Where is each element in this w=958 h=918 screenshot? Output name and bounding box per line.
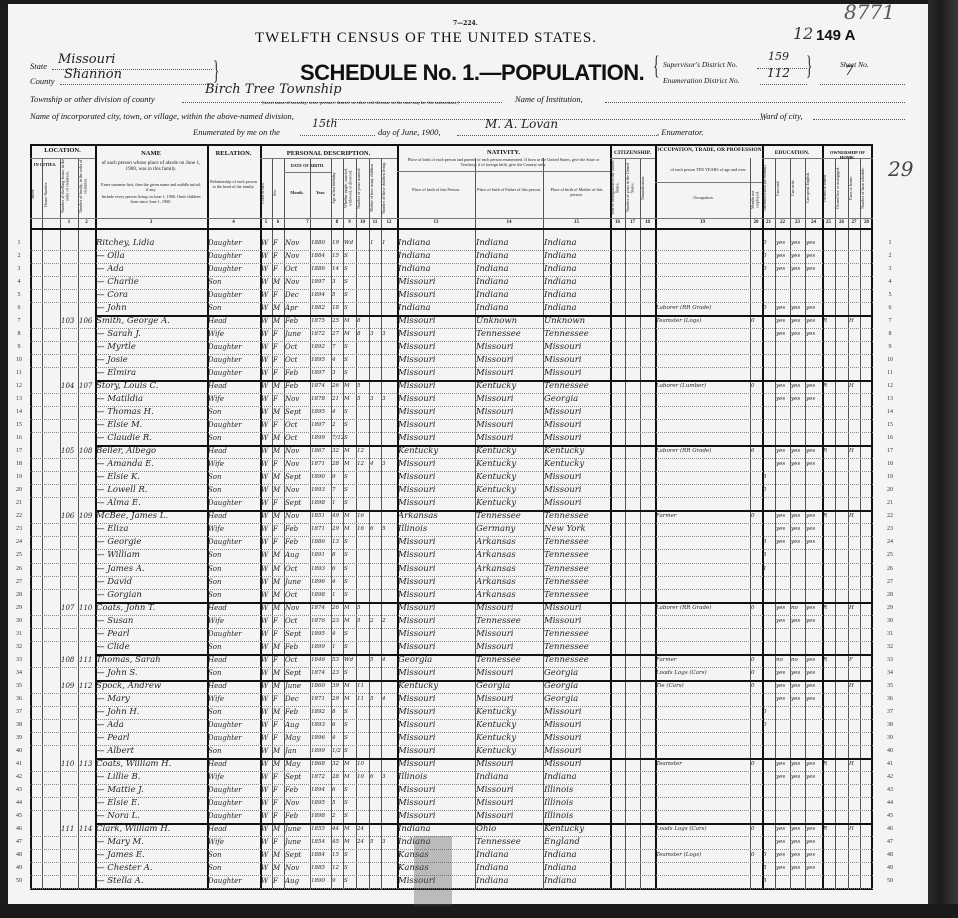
cell-ym: 12: [357, 445, 369, 458]
vheader-naturalization: Naturalization.: [641, 160, 654, 216]
county-value: Shannon: [64, 67, 122, 82]
cell-age: 8: [332, 706, 343, 719]
cell-mo: 6: [370, 523, 381, 536]
cell-sex: F: [273, 784, 284, 797]
institution-label: Name of Institution,: [515, 94, 583, 104]
cell-mar: M: [344, 771, 356, 784]
cell-occ: Loads Logs (Cars): [656, 667, 750, 680]
row-number-left: 8: [12, 331, 26, 337]
cell-bp: Missouri: [398, 719, 475, 732]
cell-name: — Mary: [96, 693, 207, 706]
cell-bf: Georgia: [476, 680, 543, 693]
cell-bf: Kentucky: [476, 380, 543, 393]
cell-bf: Missouri: [476, 602, 543, 615]
cell-read: yes: [776, 680, 790, 693]
header-location: LOCATION.: [30, 147, 95, 154]
cell-write: yes: [791, 758, 805, 771]
cell-name: — David: [96, 576, 207, 589]
cell-fam: 111: [79, 654, 95, 667]
cell-color: W: [261, 654, 272, 667]
header-birth-mother: Place of birth of Mother of this person.: [545, 188, 608, 198]
cell-sex: M: [273, 549, 284, 562]
cell-bm: Kentucky: [544, 445, 610, 458]
cell-month: June: [285, 836, 310, 849]
cell-color: W: [261, 445, 272, 458]
column-divider: [78, 158, 79, 890]
cell-rel: Son: [208, 432, 260, 445]
cell-bp: Missouri: [398, 497, 475, 510]
row-number-left: 38: [12, 722, 26, 728]
row-number-right: 5: [883, 292, 897, 298]
cell-bf: Arkansas: [476, 589, 543, 602]
cell-eng: yes: [806, 654, 822, 667]
row-number-left: 24: [12, 539, 26, 545]
cell-sex: F: [273, 458, 284, 471]
cell-age: 1: [332, 497, 343, 510]
cell-mar: Wd: [344, 654, 356, 667]
row-number-right: 15: [883, 422, 897, 428]
cell-bm: Indiana: [544, 250, 610, 263]
column-number: 9: [343, 220, 356, 225]
cell-mu: 0: [751, 315, 762, 328]
cell-sex: F: [273, 693, 284, 706]
row-number-right: 45: [883, 813, 897, 819]
header-birth-father: Place of birth of Father of this person.: [477, 188, 541, 193]
cell-rel: Daughter: [208, 419, 260, 432]
cell-sex: F: [273, 719, 284, 732]
cell-age: 6: [332, 784, 343, 797]
cell-rel: Son: [208, 276, 260, 289]
cell-sex: M: [273, 471, 284, 484]
cell-color: W: [261, 237, 272, 250]
cell-sex: M: [273, 576, 284, 589]
cell-color: W: [261, 745, 272, 758]
cell-color: W: [261, 641, 272, 654]
row-number-left: 15: [12, 422, 26, 428]
cell-color: W: [261, 250, 272, 263]
cell-name: Beller, Albego: [96, 445, 207, 458]
cell-rel: Head: [208, 315, 260, 328]
cell-color: W: [261, 680, 272, 693]
cell-bf: Arkansas: [476, 549, 543, 562]
cell-name: — Matildia: [96, 393, 207, 406]
cell-sch: 3: [763, 862, 775, 875]
row-number-right: 25: [883, 552, 897, 558]
cell-liv: 1: [382, 237, 397, 250]
cell-bm: Tennessee: [544, 628, 610, 641]
cell-read: yes: [776, 849, 790, 862]
cell-rel: Daughter: [208, 263, 260, 276]
cell-read: yes: [776, 328, 790, 341]
cell-read: yes: [776, 237, 790, 250]
cell-color: W: [261, 693, 272, 706]
cell-bm: Missouri: [544, 719, 610, 732]
cell-mar: S: [344, 289, 356, 302]
cell-bp: Indiana: [398, 237, 475, 250]
cell-bm: Indiana: [544, 276, 610, 289]
cell-ym: 5: [357, 393, 369, 406]
cell-name: — Elsie E.: [96, 797, 207, 810]
cell-bf: Kentucky: [476, 445, 543, 458]
row-number-right: 48: [883, 852, 897, 858]
cell-name: — Gorgian: [96, 589, 207, 602]
row-number-left: 21: [12, 500, 26, 506]
cell-write: yes: [791, 458, 805, 471]
cell-read: yes: [776, 458, 790, 471]
cell-bp: Missouri: [398, 641, 475, 654]
cell-bm: Kentucky: [544, 458, 610, 471]
cell-rel: Son: [208, 302, 260, 315]
cell-name: — Amanda E.: [96, 458, 207, 471]
cell-month: Feb: [285, 380, 310, 393]
cell-bp: Georgia: [398, 654, 475, 667]
cell-write: no: [791, 654, 805, 667]
cell-sex: F: [273, 393, 284, 406]
cell-color: W: [261, 836, 272, 849]
cell-eng: yes: [806, 836, 822, 849]
cell-rel: Son: [208, 641, 260, 654]
cell-bf: Kentucky: [476, 706, 543, 719]
cell-color: W: [261, 471, 272, 484]
cell-month: Jan: [285, 745, 310, 758]
cell-month: Oct: [285, 654, 310, 667]
cell-color: W: [261, 484, 272, 497]
cell-rel: Daughter: [208, 367, 260, 380]
cell-color: W: [261, 419, 272, 432]
row-number-left: 10: [12, 357, 26, 363]
row-number-right: 14: [883, 409, 897, 415]
cell-sex: F: [273, 289, 284, 302]
state-value: Missouri: [58, 52, 115, 67]
cell-color: W: [261, 354, 272, 367]
row-number-right: 19: [883, 474, 897, 480]
district-brace-right: }: [806, 51, 812, 81]
cell-bm: Illinois: [544, 797, 610, 810]
cell-mar: S: [344, 667, 356, 680]
cell-name: — Chester A.: [96, 862, 207, 875]
row-number-left: 36: [12, 696, 26, 702]
cell-age: 25: [332, 315, 343, 328]
cell-year: 1851: [311, 510, 331, 523]
header-name-sub2: Enter surname first, then the given name…: [100, 183, 202, 193]
cell-bm: Missouri: [544, 419, 610, 432]
cell-dw: 110: [61, 758, 78, 771]
cell-ym: 24: [357, 836, 369, 849]
cell-occ: Tie (Cars): [656, 680, 750, 693]
cell-ym: 16: [357, 510, 369, 523]
cell-mar: M: [344, 315, 356, 328]
cell-dw: 104: [61, 380, 78, 393]
column-divider: [848, 158, 849, 890]
row-number-left: 31: [12, 631, 26, 637]
cell-name: — Thomas H.: [96, 406, 207, 419]
cell-bf: Tennessee: [476, 328, 543, 341]
cell-own: R: [823, 315, 835, 328]
cell-rel: Son: [208, 563, 260, 576]
cell-sex: F: [273, 771, 284, 784]
cell-ym: 10: [357, 758, 369, 771]
cell-age: 9: [332, 471, 343, 484]
cell-occ: Teamster: [656, 758, 750, 771]
cell-mar: S: [344, 745, 356, 758]
row-number-right: 42: [883, 774, 897, 780]
cell-month: Feb: [285, 641, 310, 654]
cell-mar: Wd: [344, 237, 356, 250]
row-number-right: 31: [883, 631, 897, 637]
cell-bp: Missouri: [398, 797, 475, 810]
cell-month: Sept: [285, 471, 310, 484]
cell-bm: Missouri: [544, 484, 610, 497]
cell-bm: Kentucky: [544, 823, 610, 836]
enumeration-value: 112: [767, 66, 790, 80]
cell-year: 1898: [311, 589, 331, 602]
header-occupation: OCCUPATION, TRADE, OR PROFESSION: [655, 148, 762, 154]
cell-write: yes: [791, 823, 805, 836]
row-number-left: 43: [12, 787, 26, 793]
enumeration-label: Enumeration District No.: [663, 76, 739, 85]
cell-sex: F: [273, 615, 284, 628]
cell-bm: Indiana: [544, 771, 610, 784]
cell-farm: H: [849, 380, 860, 393]
cell-bm: Tennessee: [544, 589, 610, 602]
cell-fam: 106: [79, 315, 95, 328]
cell-rel: Son: [208, 576, 260, 589]
row-number-left: 18: [12, 461, 26, 467]
dob-rule: [284, 172, 331, 173]
cell-mar: S: [344, 862, 356, 875]
cell-write: yes: [791, 836, 805, 849]
cell-mar: S: [344, 367, 356, 380]
row-number-right: 22: [883, 513, 897, 519]
cell-dw: 107: [61, 602, 78, 615]
cell-mo: 3: [370, 328, 381, 341]
column-divider: [835, 158, 836, 890]
cell-bm: Tennessee: [544, 563, 610, 576]
cell-age: 3: [332, 367, 343, 380]
cell-name: — James A.: [96, 563, 207, 576]
header-birth-person: Place of birth of this Person.: [400, 188, 472, 193]
cell-bp: Missouri: [398, 784, 475, 797]
vheader-farm-schedule: Number of farm schedule.: [861, 160, 872, 216]
cell-eng: yes: [806, 771, 822, 784]
cell-write: yes: [791, 328, 805, 341]
cell-mar: S: [344, 302, 356, 315]
cell-eng: yes: [806, 523, 822, 536]
cell-mar: S: [344, 471, 356, 484]
cell-color: W: [261, 615, 272, 628]
cell-bf: Missouri: [476, 341, 543, 354]
cell-bf: Arkansas: [476, 576, 543, 589]
cell-mu: 0: [751, 667, 762, 680]
row-number-left: 5: [12, 292, 26, 298]
row-number-right: 2: [883, 253, 897, 259]
cell-dw: 109: [61, 680, 78, 693]
cell-month: Nov: [285, 602, 310, 615]
cell-month: Oct: [285, 432, 310, 445]
row-number-left: 41: [12, 761, 26, 767]
cell-age: 32: [332, 445, 343, 458]
cell-name: — Sarah J.: [96, 328, 207, 341]
cell-name: — Alma E.: [96, 497, 207, 510]
cell-mar: S: [344, 563, 356, 576]
cell-sex: F: [273, 654, 284, 667]
cell-name: — Lillie B.: [96, 771, 207, 784]
cell-rel: Wife: [208, 328, 260, 341]
cell-year: 1892: [311, 341, 331, 354]
cell-sex: F: [273, 354, 284, 367]
cell-ym: 5: [357, 602, 369, 615]
cell-age: 7: [332, 341, 343, 354]
cell-bm: Indiana: [544, 289, 610, 302]
sheet-value: 7: [845, 64, 853, 79]
cell-age: 15: [332, 250, 343, 263]
cell-read: yes: [776, 823, 790, 836]
cell-mar: M: [344, 836, 356, 849]
cell-month: Oct: [285, 419, 310, 432]
header-occupation-col: Occupation.: [657, 196, 750, 201]
row-number-left: 1: [12, 240, 26, 246]
cell-bf: Indiana: [476, 276, 543, 289]
cell-rel: Daughter: [208, 732, 260, 745]
cell-month: Oct: [285, 263, 310, 276]
cell-mu: 0: [751, 380, 762, 393]
cell-mar: S: [344, 276, 356, 289]
cell-eng: yes: [806, 862, 822, 875]
cell-age: 28: [332, 771, 343, 784]
cell-bf: Kentucky: [476, 719, 543, 732]
column-number: 8: [331, 220, 343, 225]
column-divider: [610, 144, 612, 890]
cell-sex: F: [273, 628, 284, 641]
cell-color: W: [261, 406, 272, 419]
vheader-street: Street.: [31, 172, 41, 216]
row-number-right: 8: [883, 331, 897, 337]
cell-mar: S: [344, 810, 356, 823]
row-number-right: 37: [883, 709, 897, 715]
cell-name: — Charlie: [96, 276, 207, 289]
row-number-left: 9: [12, 344, 26, 350]
cell-rel: Wife: [208, 693, 260, 706]
cell-year: 1882: [311, 302, 331, 315]
cell-mar: S: [344, 797, 356, 810]
cell-rel: Son: [208, 849, 260, 862]
enumerated-prefix: Enumerated by me on the: [193, 127, 280, 137]
cell-color: W: [261, 602, 272, 615]
cell-bm: Tennessee: [544, 510, 610, 523]
row-number-right: 4: [883, 279, 897, 285]
cell-month: Nov: [285, 445, 310, 458]
row-number-left: 39: [12, 735, 26, 741]
row-number-right: 44: [883, 800, 897, 806]
cell-occ: Farmer: [656, 510, 750, 523]
cell-ym: 5: [357, 380, 369, 393]
cell-bm: Indiana: [544, 849, 610, 862]
cell-name: — Cora: [96, 289, 207, 302]
vheader-age: Age at last birthday.: [332, 160, 342, 216]
cell-rel: Daughter: [208, 719, 260, 732]
township-instruction: [Insert name of township, town, precinct…: [262, 101, 459, 105]
cell-eng: yes: [806, 458, 822, 471]
enumerated-day: 15th: [312, 117, 338, 130]
vheader-can-read: Can read.: [776, 160, 789, 216]
row-number-left: 37: [12, 709, 26, 715]
cell-year: 1896: [311, 732, 331, 745]
cell-year: 1899: [311, 745, 331, 758]
cell-mo: 2: [370, 615, 381, 628]
row-number-right: 50: [883, 878, 897, 884]
cell-mar: S: [344, 628, 356, 641]
cell-age: 8: [332, 549, 343, 562]
cell-sex: M: [273, 445, 284, 458]
row-number-right: 7: [883, 318, 897, 324]
cell-month: Oct: [285, 563, 310, 576]
cell-write: yes: [791, 849, 805, 862]
cell-age: 4: [332, 406, 343, 419]
cell-bf: Missouri: [476, 797, 543, 810]
cell-occ: Loads Logs (Cars): [656, 823, 750, 836]
stamp-handwritten-number: 12: [793, 24, 813, 43]
column-number: 27: [848, 220, 860, 225]
cell-farm: H: [849, 445, 860, 458]
cell-sch: 0: [763, 302, 775, 315]
cell-eng: yes: [806, 445, 822, 458]
cell-dw: 103: [61, 315, 78, 328]
cell-own: R: [823, 654, 835, 667]
cell-rel: Head: [208, 510, 260, 523]
cell-year: 1899: [311, 641, 331, 654]
column-divider: [640, 158, 641, 890]
cell-bf: Missouri: [476, 693, 543, 706]
cell-year: 1846: [311, 654, 331, 667]
cell-sex: M: [273, 315, 284, 328]
cell-name: — John: [96, 302, 207, 315]
cell-name: Story, Louis C.: [96, 380, 207, 393]
cell-bp: Missouri: [398, 432, 475, 445]
cell-sex: M: [273, 680, 284, 693]
cell-year: 1896: [311, 576, 331, 589]
cell-age: 1: [332, 589, 343, 602]
cell-own: R: [823, 823, 835, 836]
cell-rel: Daughter: [208, 354, 260, 367]
cell-write: yes: [791, 667, 805, 680]
column-number: 5: [260, 220, 272, 225]
cell-month: Nov: [285, 237, 310, 250]
cell-age: 29: [332, 523, 343, 536]
cell-bm: New York: [544, 523, 610, 536]
cell-color: W: [261, 576, 272, 589]
cell-name: — Mary M.: [96, 836, 207, 849]
cell-bm: Indiana: [544, 875, 610, 888]
cell-color: W: [261, 732, 272, 745]
cell-month: Oct: [285, 341, 310, 354]
scan-smudge: [414, 836, 452, 906]
form-number: 7—224.: [453, 20, 478, 27]
cell-own: R: [823, 758, 835, 771]
cell-mar: S: [344, 419, 356, 432]
row-number-left: 49: [12, 865, 26, 871]
vheader-mother-of: Mother of how many children.: [370, 160, 380, 216]
cell-bf: Missouri: [476, 367, 543, 380]
cell-year: 1895: [311, 628, 331, 641]
cell-color: W: [261, 849, 272, 862]
cell-year: 1874: [311, 667, 331, 680]
cell-bp: Illinois: [398, 523, 475, 536]
cell-mo: 1: [370, 237, 381, 250]
cell-mu: 6: [751, 445, 762, 458]
cell-bm: Missouri: [544, 745, 610, 758]
cell-year: 1867: [311, 445, 331, 458]
district-brace-left: {: [653, 51, 659, 81]
